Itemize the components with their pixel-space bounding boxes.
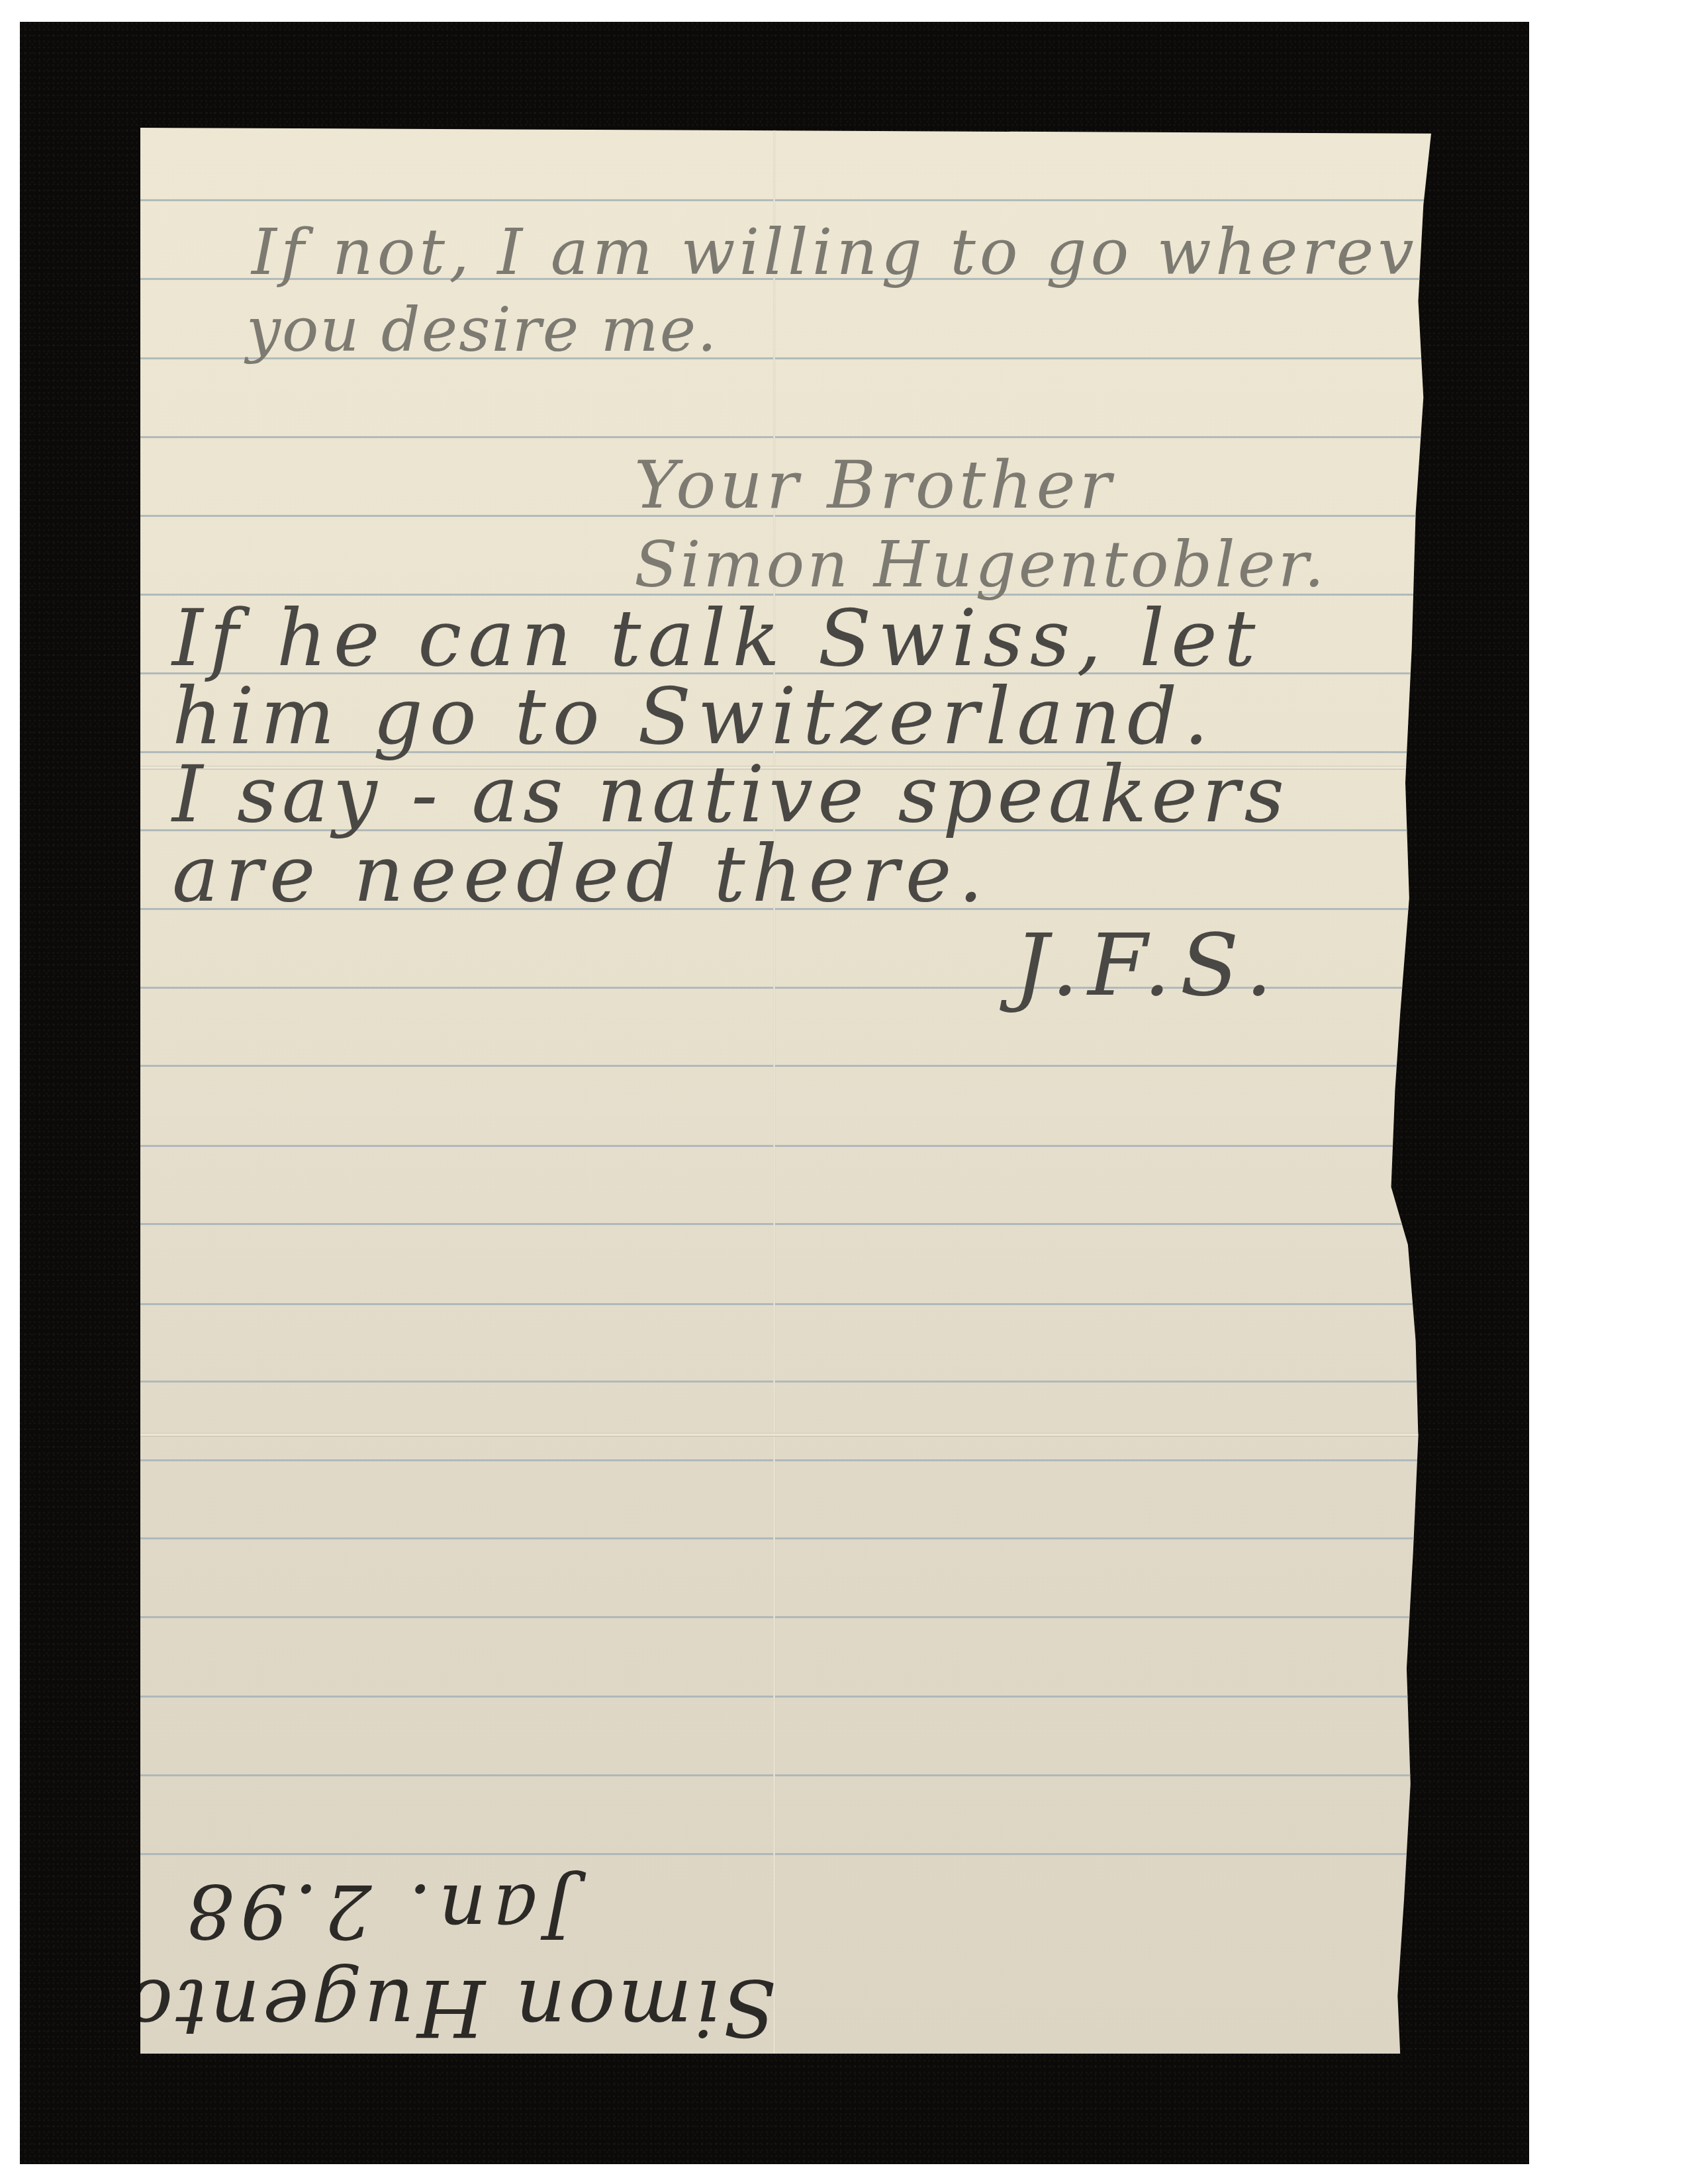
letter-line-1: If not, I am willing to go wherever bbox=[252, 220, 1493, 284]
ruled-line bbox=[140, 1145, 1431, 1147]
annotation-line-2: him go to Switzerland. bbox=[172, 677, 1215, 755]
ruled-line bbox=[140, 1459, 1431, 1461]
ruled-line bbox=[140, 1381, 1431, 1383]
annotation-line-4: are needed there. bbox=[172, 835, 990, 913]
letter-signature: Simon Hugentobler. bbox=[634, 533, 1327, 596]
letter-line-2: you desire me. bbox=[246, 300, 718, 361]
docket-date: Jan. 2.98 bbox=[180, 1874, 573, 1948]
ruled-line bbox=[140, 436, 1431, 438]
letter-page: If not, I am willing to go wherever you … bbox=[140, 128, 1431, 2054]
vertical-fold bbox=[773, 128, 775, 2054]
ruled-line bbox=[140, 199, 1431, 201]
docket-name: Simon Hugentobler bbox=[140, 1969, 776, 2047]
ruled-line bbox=[140, 1853, 1431, 1855]
letter-closing: Your Brother bbox=[634, 452, 1115, 518]
ruled-line bbox=[140, 1303, 1431, 1305]
ruled-line bbox=[140, 1616, 1431, 1618]
annotation-initials: J.F.S. bbox=[1014, 922, 1282, 1008]
ruled-line bbox=[140, 1537, 1431, 1539]
annotation-line-1: If he can talk Swiss, let bbox=[172, 599, 1262, 677]
ruled-line bbox=[140, 1223, 1431, 1225]
ruled-line bbox=[140, 1696, 1431, 1698]
rotated-docket: Simon Hugentobler Jan. 2.98 bbox=[140, 128, 1431, 2054]
ruled-line bbox=[140, 1065, 1431, 1067]
horizontal-crease bbox=[140, 1433, 1431, 1437]
ruled-line bbox=[140, 1774, 1431, 1776]
annotation-line-3: I say - as native speakers bbox=[172, 755, 1289, 833]
